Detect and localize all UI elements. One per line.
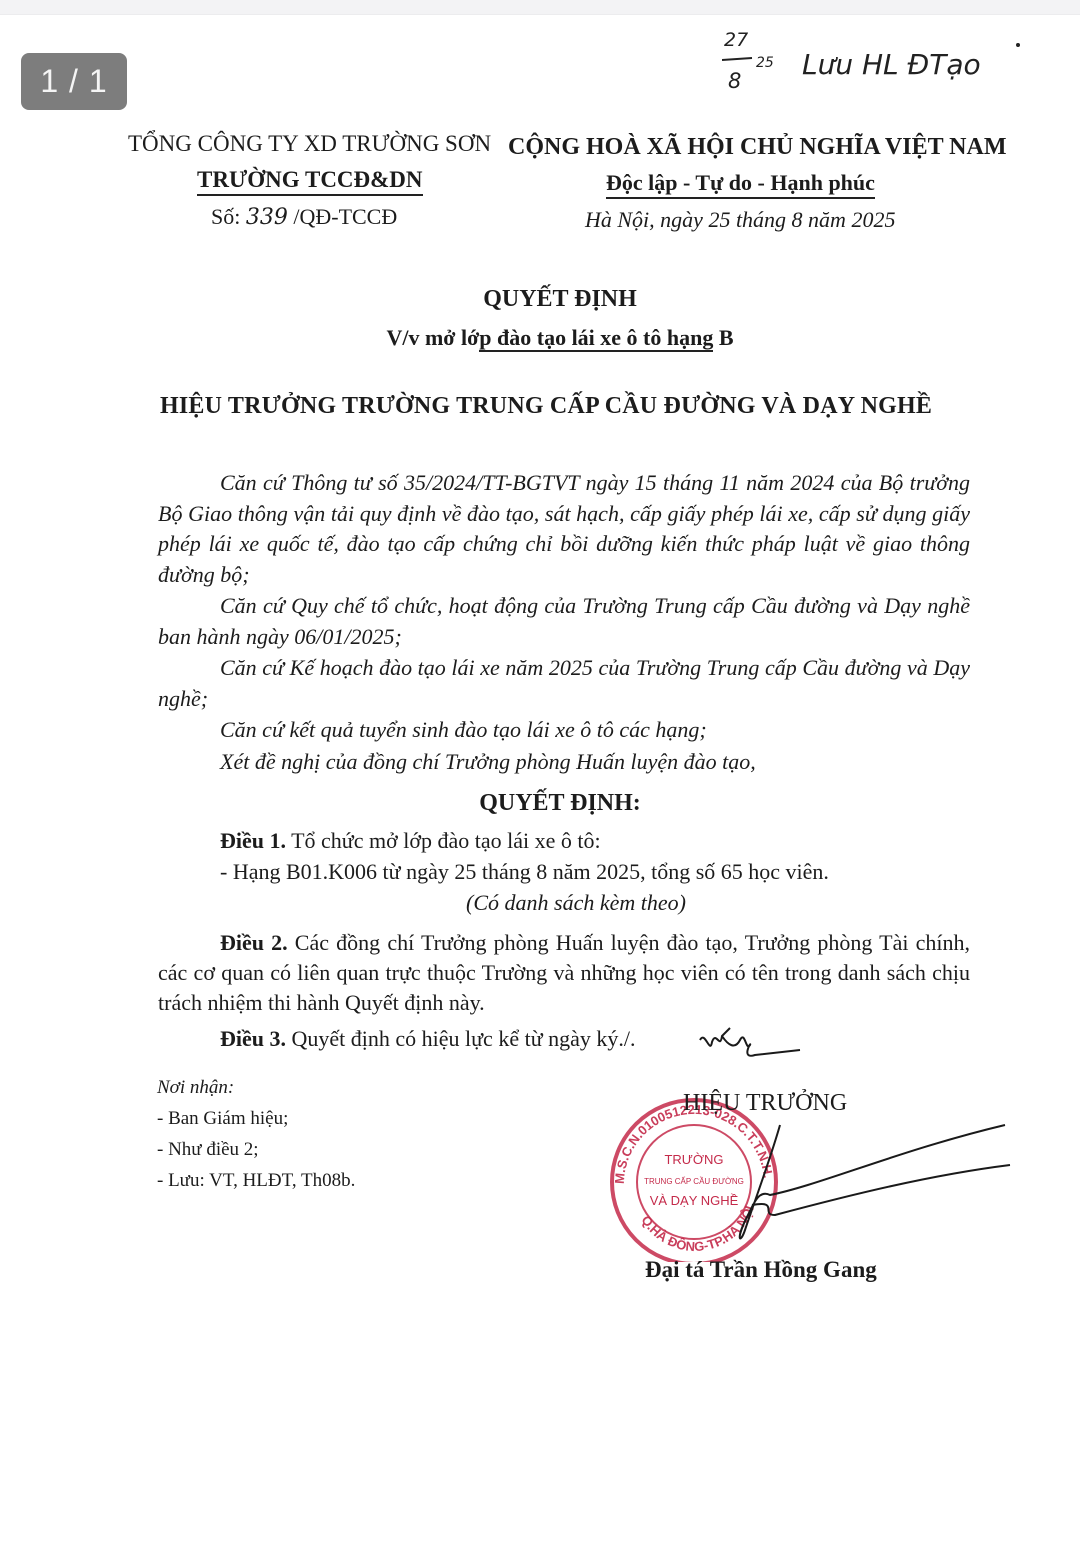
article-1-note: (Có danh sách kèm theo): [158, 888, 970, 918]
handwritten-note: 27 8 25 Lưu HL ĐTạo: [722, 22, 1022, 107]
document-number-suffix: /QĐ-TCCĐ: [293, 204, 397, 229]
subject-prefix: V/v mở lớ: [386, 325, 479, 350]
svg-text:25: 25: [756, 55, 774, 71]
stamp-line-3: VÀ DẠY NGHỀ: [650, 1193, 739, 1208]
preamble-item: Căn cứ Kế hoạch đào tạo lái xe năm 2025 …: [158, 653, 970, 714]
article-1-label: Điều 1.: [220, 828, 286, 853]
svg-text:27: 27: [724, 29, 748, 51]
article-3-label: Điều 3.: [220, 1026, 286, 1051]
article-3-text: Quyết định có hiệu lực kể từ ngày ký./.: [286, 1026, 636, 1051]
decision-heading: QUYẾT ĐỊNH:: [0, 790, 1080, 817]
article-1: Điều 1. Tổ chức mở lớp đào tạo lái xe ô …: [158, 826, 970, 918]
recipient-item: - Ban Giám hiệu;: [157, 1103, 355, 1134]
preamble-item: Căn cứ Quy chế tổ chức, hoạt động của Tr…: [158, 591, 970, 652]
article-3: Điều 3. Quyết định có hiệu lực kể từ ngà…: [158, 1024, 970, 1054]
document-number-label: Số:: [211, 204, 240, 229]
stamp-bottom-text: Q.HÀ ĐÔNG-TP.HÀ NỘI: [638, 1204, 757, 1254]
svg-text:8: 8: [728, 69, 741, 93]
subject-suffix: B: [713, 325, 733, 350]
recipients-block: Nơi nhận: - Ban Giám hiệu; - Như điều 2;…: [157, 1072, 355, 1196]
svg-text:Q.HÀ ĐÔNG-TP.HÀ NỘI: Q.HÀ ĐÔNG-TP.HÀ NỘI: [638, 1204, 757, 1254]
article-2: Điều 2. Các đồng chí Trưởng phòng Huấn l…: [158, 928, 970, 1018]
preamble-item: Căn cứ Thông tư số 35/2024/TT-BGTVT ngày…: [158, 468, 970, 590]
signer-name: Đại tá Trần Hồng Gang: [645, 1257, 877, 1283]
stamp-line-2: TRUNG CẤP CẦU ĐƯỜNG: [644, 1176, 744, 1186]
document-number: Số: 339 /QĐ-TCCĐ: [211, 204, 397, 230]
stamp-line-1: TRƯỜNG: [664, 1152, 723, 1167]
issuing-authority: HIỆU TRƯỞNG TRƯỜNG TRUNG CẤP CẦU ĐƯỜNG V…: [160, 393, 932, 420]
viewer-top-bar: [0, 0, 1080, 15]
recipient-item: - Như điều 2;: [157, 1134, 355, 1165]
header-school-text: TRƯỜNG TCCĐ&DN: [197, 167, 423, 196]
header-country: CỘNG HOÀ XÃ HỘI CHỦ NGHĨA VIỆT NAM: [508, 134, 1007, 161]
recipient-item: - Lưu: VT, HLĐT, Th08b.: [157, 1165, 355, 1196]
document-subject: V/v mở lớp đào tạo lái xe ô tô hạng B: [0, 325, 1080, 351]
signature-title: HIỆU TRƯỞNG: [683, 1090, 847, 1117]
svg-text:Lưu HL ĐTạo: Lưu HL ĐTạo: [802, 48, 981, 81]
official-stamp: M.S.C.N.0100512213-028.C.T.T.N.H. Q.HÀ Đ…: [600, 1092, 785, 1262]
header-school: TRƯỜNG TCCĐ&DN: [197, 167, 423, 193]
page-indicator-badge: 1 / 1: [21, 53, 127, 110]
document-number-value: 339: [246, 205, 288, 230]
handwritten-note-strokes: 27 8 25 Lưu HL ĐTạo: [722, 22, 1022, 102]
header-organization: TỔNG CÔNG TY XD TRƯỜNG SƠN: [128, 131, 491, 157]
recipients-heading: Nơi nhận:: [157, 1072, 355, 1103]
preamble: Căn cứ Thông tư số 35/2024/TT-BGTVT ngày…: [158, 468, 970, 777]
article-1-item: - Hạng B01.K006 từ ngày 25 tháng 8 năm 2…: [158, 857, 970, 887]
page-indicator-text: 1 / 1: [40, 63, 107, 100]
document-title: QUYẾT ĐỊNH: [0, 286, 1080, 313]
header-motto: Độc lập - Tự do - Hạnh phúc: [606, 170, 875, 199]
subject-underlined: p đào tạo lái xe ô tô hạng: [479, 325, 713, 352]
preamble-item: Xét đề nghị của đồng chí Trưởng phòng Hu…: [158, 747, 970, 778]
article-2-label: Điều 2.: [220, 930, 288, 955]
preamble-item: Căn cứ kết quả tuyển sinh đào tạo lái xe…: [158, 715, 970, 746]
header-place-date: Hà Nội, ngày 25 tháng 8 năm 2025: [585, 207, 895, 233]
article-1-text: Tổ chức mở lớp đào tạo lái xe ô tô:: [286, 828, 601, 853]
